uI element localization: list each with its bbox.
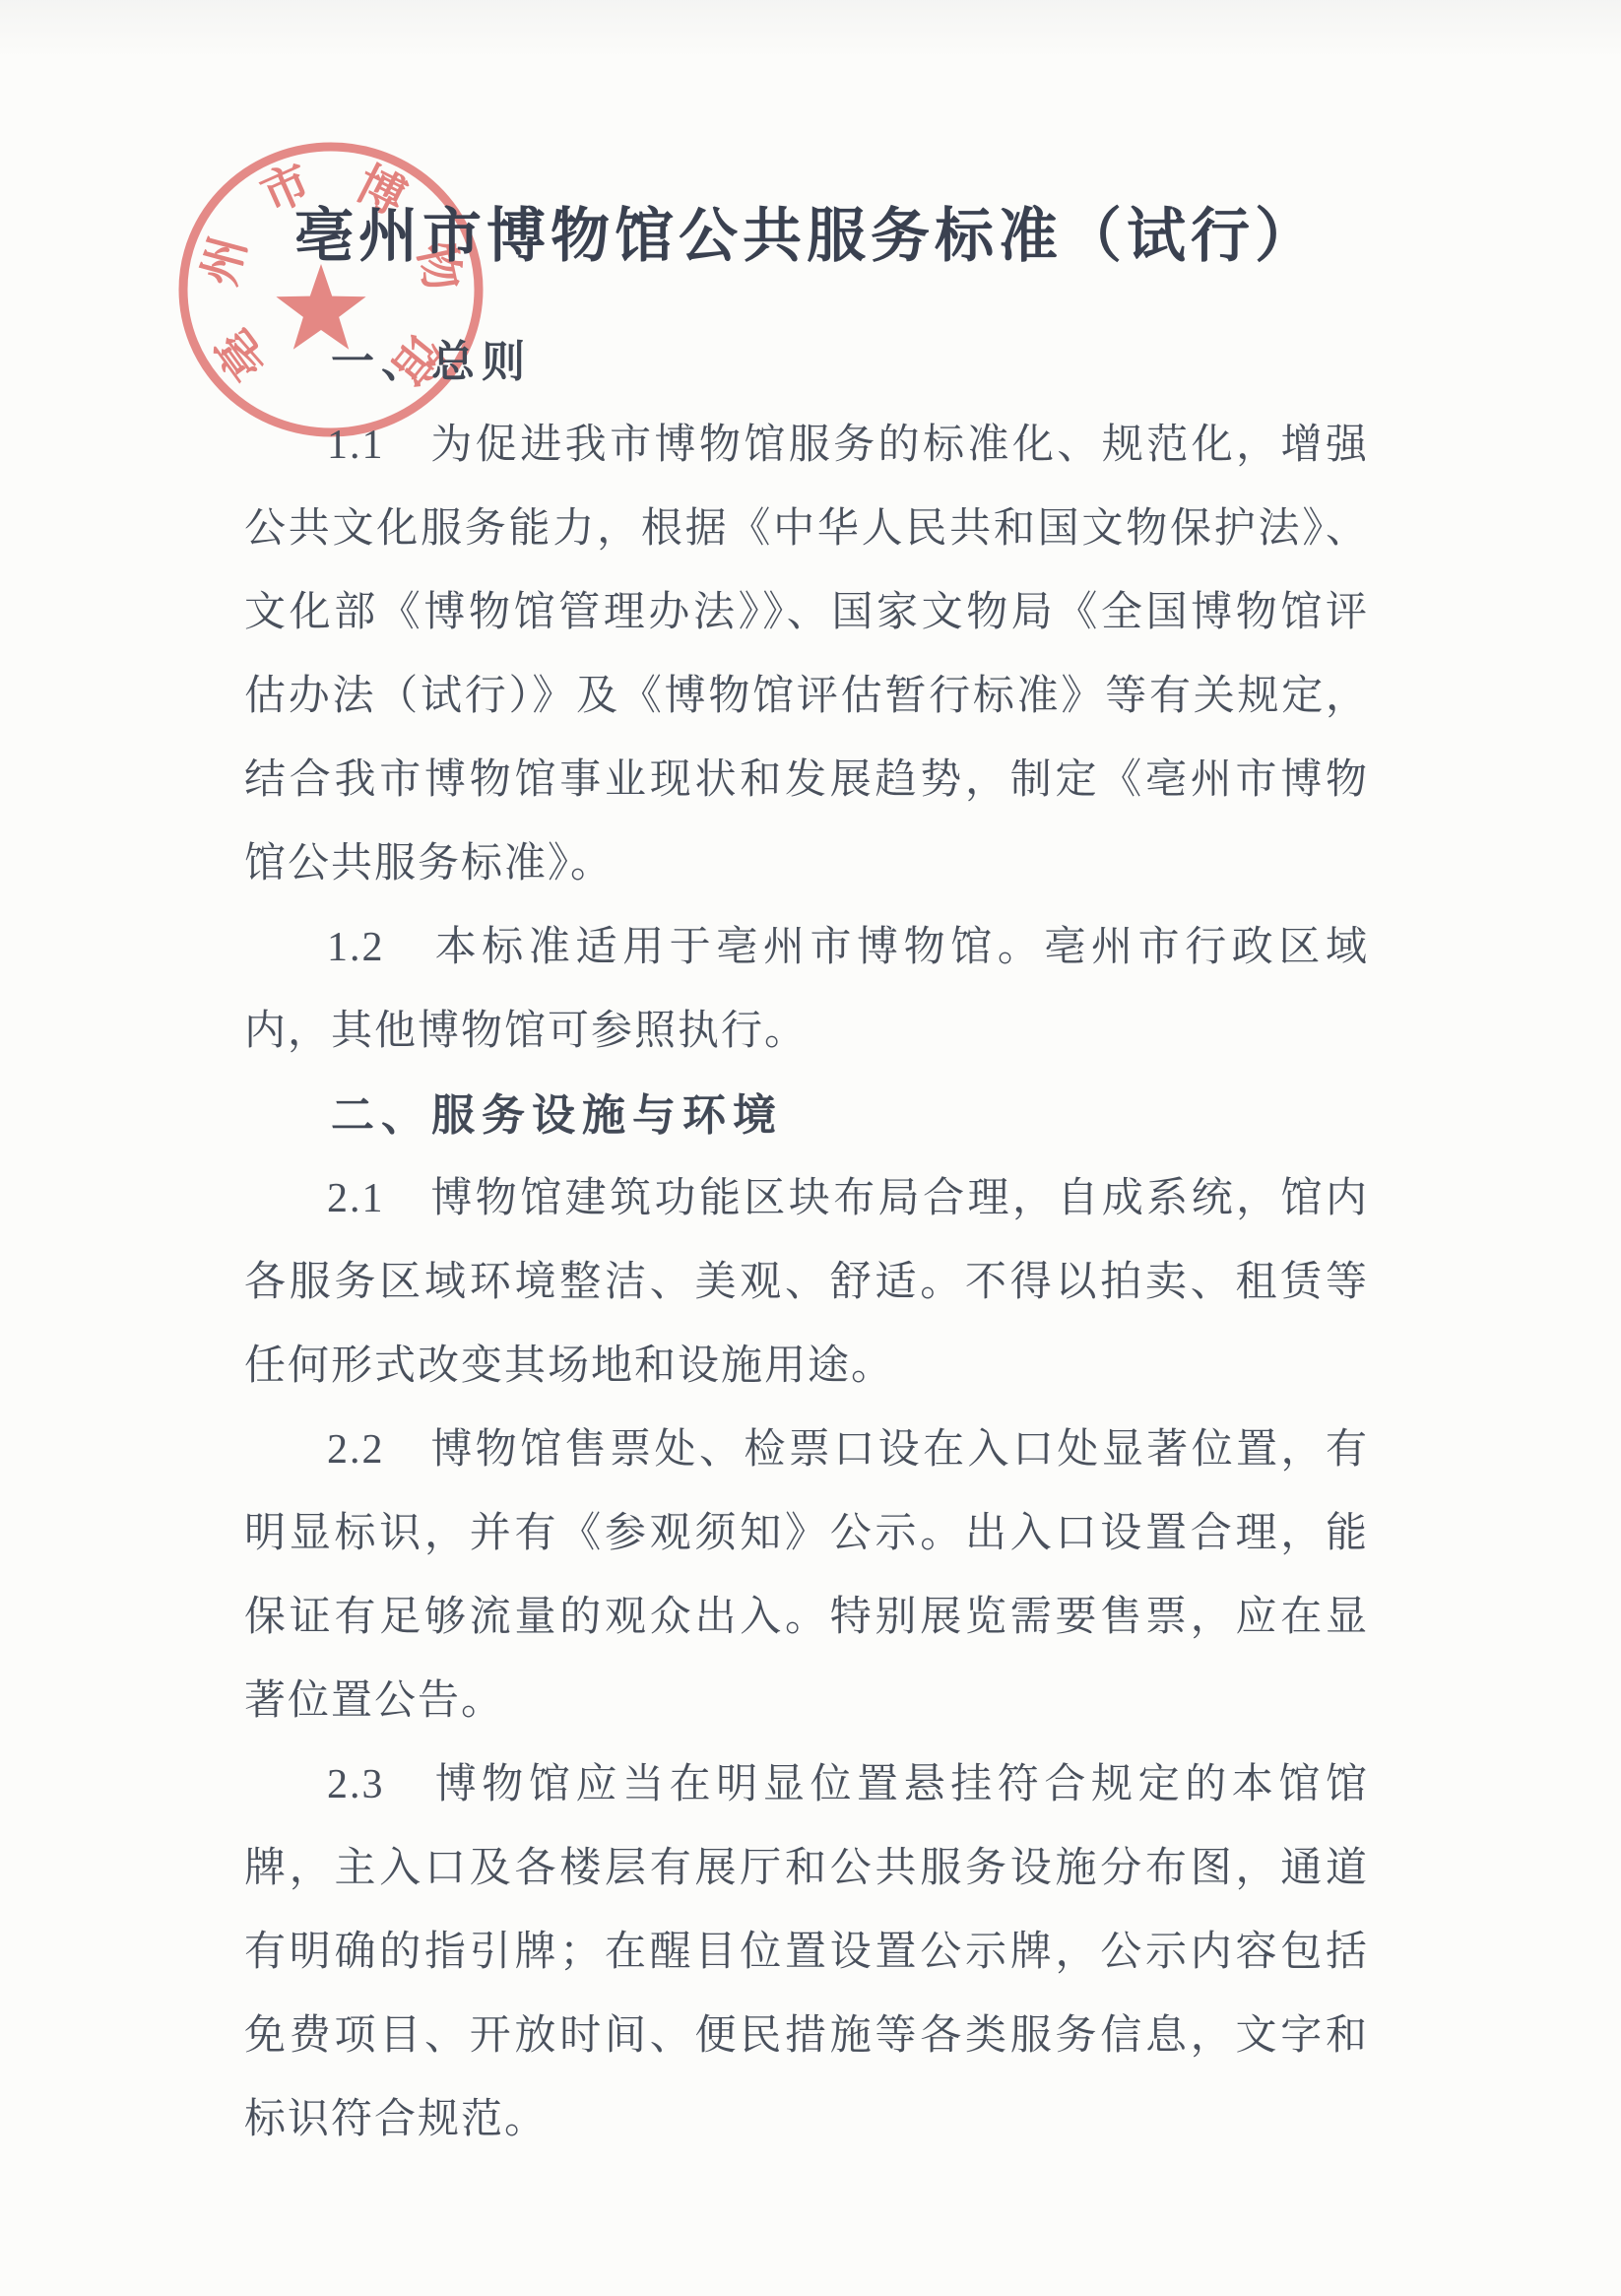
paragraph-2-2: 2.2 博物馆售票处、检票口设在入口处显著位置，有明显标识，并有《参观须知》公示… — [244, 1409, 1369, 1743]
section-heading-facilities-environment: 二、服务设施与环境 — [244, 1074, 1369, 1157]
paragraph-2-3: 2.3 博物馆应当在明显位置悬挂符合规定的本馆馆牌，主入口及各楼层有展厅和公共服… — [244, 1743, 1369, 2162]
document-page: 亳 州 市 博 物 馆 亳州市博物馆公共服务标准（试行） 一、总则 1.1 为促… — [0, 0, 1621, 2296]
paragraph-1-1: 1.1 为促进我市博物馆服务的标准化、规范化，增强公共文化服务能力，根据《中华人… — [244, 404, 1369, 906]
document-title: 亳州市博物馆公共服务标准（试行） — [244, 182, 1369, 291]
paragraph-1-2: 1.2 本标准适用于亳州市博物馆。亳州市行政区域内，其他博物馆可参照执行。 — [244, 906, 1369, 1074]
paragraph-2-1: 2.1 博物馆建筑功能区块布局合理，自成系统，馆内各服务区域环境整洁、美观、舒适… — [244, 1157, 1369, 1409]
section-heading-general-rules: 一、总则 — [244, 320, 1369, 404]
document-content: 亳州市博物馆公共服务标准（试行） 一、总则 1.1 为促进我市博物馆服务的标准化… — [244, 0, 1369, 2162]
